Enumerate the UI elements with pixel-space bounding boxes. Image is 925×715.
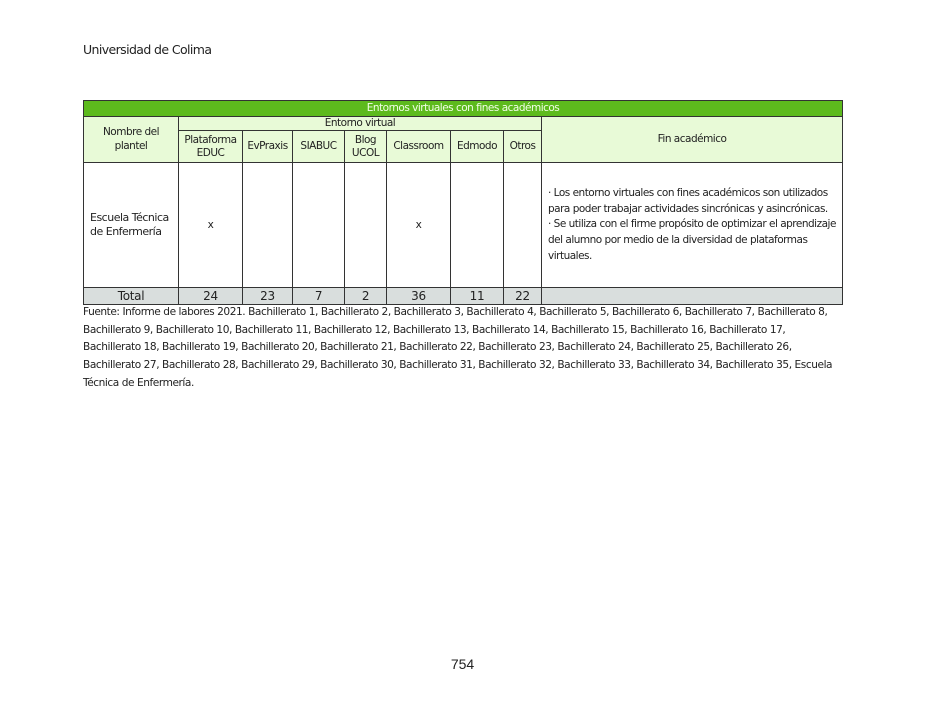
fin-academico-column-header: Fin académico xyxy=(542,117,843,163)
mark-cell-siabuc xyxy=(293,163,345,288)
mark-cell-plataforma-educ: x xyxy=(179,163,243,288)
column-header-evpraxis: EvPraxis xyxy=(243,131,293,163)
column-header-blog-ucol: Blog UCOL xyxy=(345,131,387,163)
mark-cell-edmodo xyxy=(451,163,504,288)
total-blog-ucol: 2 xyxy=(345,288,387,305)
column-header-edmodo: Edmodo xyxy=(451,131,504,163)
column-header-plataforma-educ: Plataforma EDUC xyxy=(179,131,243,163)
plantel-column-header: Nombre del plantel xyxy=(84,117,179,163)
total-row: Total 24 23 7 2 36 11 22 xyxy=(84,288,843,305)
column-header-otros: Otros xyxy=(504,131,542,163)
purpose-bullet: · Se utiliza con el firme propósito de o… xyxy=(548,217,836,264)
table-row: Escuela Técnica de Enfermería x x · Los … xyxy=(84,163,843,288)
table-title: Entornos virtuales con fines académicos xyxy=(84,101,843,117)
total-edmodo: 11 xyxy=(451,288,504,305)
table-title-row: Entornos virtuales con fines académicos xyxy=(84,101,843,117)
table-group-header-row: Nombre del plantel Entorno virtual Fin a… xyxy=(84,117,843,131)
purpose-cell: · Los entorno virtuales con fines académ… xyxy=(542,163,843,288)
total-otros: 22 xyxy=(504,288,542,305)
running-head: Universidad de Colima xyxy=(83,42,211,57)
mark-cell-evpraxis xyxy=(243,163,293,288)
page-number: 754 xyxy=(0,656,925,672)
column-header-classroom: Classroom xyxy=(387,131,451,163)
column-header-siabuc: SIABUC xyxy=(293,131,345,163)
virtual-environments-table-wrapper: Entornos virtuales con fines académicos … xyxy=(83,100,842,305)
total-purpose xyxy=(542,288,843,305)
total-label: Total xyxy=(84,288,179,305)
plantel-name-cell: Escuela Técnica de Enfermería xyxy=(84,163,179,288)
mark-cell-blog-ucol xyxy=(345,163,387,288)
virtual-environments-table: Entornos virtuales con fines académicos … xyxy=(83,100,843,305)
total-plataforma-educ: 24 xyxy=(179,288,243,305)
mark-cell-classroom: x xyxy=(387,163,451,288)
mark-cell-otros xyxy=(504,163,542,288)
total-siabuc: 7 xyxy=(293,288,345,305)
total-classroom: 36 xyxy=(387,288,451,305)
total-evpraxis: 23 xyxy=(243,288,293,305)
purpose-bullet: · Los entorno virtuales con fines académ… xyxy=(548,186,836,218)
source-note: Fuente: Informe de labores 2021. Bachill… xyxy=(83,304,833,393)
entorno-virtual-group-header: Entorno virtual xyxy=(179,117,542,131)
